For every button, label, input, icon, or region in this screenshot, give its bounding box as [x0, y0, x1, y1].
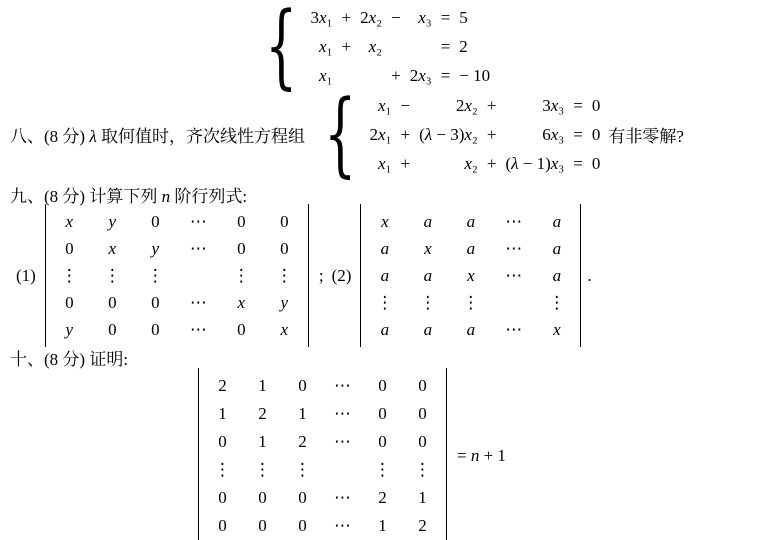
matrix-cell: 0 [65, 289, 74, 316]
matrix-cell: ⋮ [61, 262, 78, 289]
matrix-cell: x₃ [418, 3, 431, 32]
top-system-grid: 3x₁+2x₂−x₃=5x₁+x₂=2x₁+2x₃=− 10 [311, 3, 491, 90]
matrix-cell: (λ − 3)x₂ [419, 120, 478, 149]
matrix-cell: 0 [237, 235, 246, 262]
matrix-cell: − 10 [459, 61, 490, 90]
matrix-cell: 3x₁ [311, 3, 333, 32]
matrix-cell: 5 [459, 3, 468, 32]
matrix-cell: ⋮ [233, 262, 250, 289]
matrix-cell: 0 [592, 120, 601, 149]
item-1-label: (1) [16, 266, 36, 286]
matrix-cell: 0 [237, 208, 246, 235]
identity-result: = n + 1 [457, 446, 506, 466]
matrix-cell: x₂ [369, 32, 382, 61]
matrix-cell: 0 [65, 235, 74, 262]
matrix-cell: 0 [218, 428, 227, 456]
matrix-cell: x [467, 262, 475, 289]
matrix-cell: ⋯ [190, 235, 207, 262]
matrix-cell: a [381, 316, 390, 343]
matrix-cell: = [573, 149, 583, 178]
matrix-cell: = [573, 91, 583, 120]
matrix-cell: a [424, 316, 433, 343]
matrix-cell: ⋯ [334, 428, 351, 456]
separator-semicolon: ; [319, 266, 324, 286]
matrix-cell: 0 [418, 372, 427, 400]
matrix-cell: x₂ [464, 149, 477, 178]
matrix-cell: (λ − 1)x₃ [505, 149, 564, 178]
matrix-cell: 0 [258, 512, 267, 540]
matrix-cell: a [553, 208, 562, 235]
matrix-cell: 0 [298, 484, 307, 512]
matrix-cell: 0 [151, 208, 160, 235]
matrix-cell: + [391, 61, 401, 90]
matrix-cell: ⋮ [376, 289, 393, 316]
matrix-cell: 0 [378, 400, 387, 428]
problem-8-system-grid: x₁−2x₂+3x₃=02x₁+(λ − 3)x₂+6x₃=0x₁+x₂+(λ … [370, 91, 601, 178]
matrix-cell: x [381, 208, 389, 235]
left-brace: { [324, 88, 356, 180]
matrix-cell: 0 [280, 235, 289, 262]
determinant-1: xy0⋯000xy⋯00⋮⋮⋮⋮⋮000⋯xyy00⋯0x [45, 204, 309, 347]
matrix-cell: 2 [378, 484, 387, 512]
matrix-cell: 0 [592, 91, 601, 120]
matrix-cell: x [553, 316, 561, 343]
matrix-cell: 2 [258, 400, 267, 428]
matrix-cell: 1 [298, 400, 307, 428]
matrix-cell: 0 [218, 484, 227, 512]
matrix-cell: − [391, 3, 401, 32]
matrix-cell: ⋯ [334, 512, 351, 540]
matrix-cell: ⋯ [334, 372, 351, 400]
problem-8-system: { x₁−2x₂+3x₃=02x₁+(λ − 3)x₂+6x₃=0x₁+x₂+(… [311, 88, 600, 180]
linear-system-top: { 3x₁+2x₂−x₃=5x₁+x₂=2x₁+2x₃=− 10 [252, 0, 490, 92]
matrix-cell: a [553, 235, 562, 262]
matrix-cell: x [66, 208, 74, 235]
matrix-cell: 2 [298, 428, 307, 456]
matrix-cell: ⋮ [294, 456, 311, 484]
matrix-cell: a [381, 262, 390, 289]
matrix-cell: ⋯ [190, 208, 207, 235]
matrix-cell: = [441, 3, 451, 32]
matrix-cell: 3x₃ [542, 91, 564, 120]
matrix-cell: − [400, 91, 410, 120]
matrix-cell: ⋯ [190, 316, 207, 343]
matrix-cell: y [152, 235, 160, 262]
matrix-cell: ⋮ [462, 289, 479, 316]
matrix-cell: ⋮ [104, 262, 121, 289]
matrix-cell: 2x₂ [360, 3, 382, 32]
problem-10-label: 十、(8 分) 证明: [10, 345, 128, 370]
problem-9-determinants: (1) xy0⋯000xy⋯00⋮⋮⋮⋮⋮000⋯xyy00⋯0x ; (2) … [16, 204, 592, 347]
matrix-cell: 0 [418, 400, 427, 428]
problem-8: 八、(8 分) λ 取何值时，齐次线性方程组 { x₁−2x₂+3x₃=02x₁… [10, 88, 684, 180]
matrix-cell: a [424, 262, 433, 289]
matrix-cell: ⋯ [505, 235, 522, 262]
matrix-cell: ⋯ [505, 262, 522, 289]
matrix-cell: 0 [108, 316, 117, 343]
matrix-cell: + [487, 91, 497, 120]
matrix-cell: 0 [151, 289, 160, 316]
period: . [587, 266, 591, 286]
matrix-cell: 0 [218, 512, 227, 540]
matrix-cell: ⋮ [214, 456, 231, 484]
matrix-cell: ⋮ [374, 456, 391, 484]
problem-8-tail: 有非零解? [608, 122, 684, 147]
matrix-cell: 0 [418, 428, 427, 456]
matrix-cell: x [238, 289, 246, 316]
matrix-cell: a [381, 235, 390, 262]
matrix-cell: + [487, 149, 497, 178]
matrix-cell: y [109, 208, 117, 235]
determinant-3: 210⋯00121⋯00012⋯00⋮⋮⋮⋮⋮000⋯21000⋯12 [198, 368, 447, 540]
matrix-cell: ⋯ [334, 484, 351, 512]
item-2-label: (2) [332, 266, 352, 286]
document-page: { 3x₁+2x₂−x₃=5x₁+x₂=2x₁+2x₃=− 10 八、(8 分)… [0, 0, 783, 540]
problem-10-identity: 210⋯00121⋯00012⋯00⋮⋮⋮⋮⋮000⋯21000⋯12 = n … [198, 368, 506, 540]
matrix-cell: 0 [378, 428, 387, 456]
matrix-cell: x [281, 316, 289, 343]
matrix-cell: x₁ [378, 149, 391, 178]
matrix-cell: y [66, 316, 74, 343]
matrix-cell: ⋯ [505, 316, 522, 343]
matrix-cell: a [424, 208, 433, 235]
matrix-cell: 2 [418, 512, 427, 540]
matrix-cell: y [281, 289, 289, 316]
matrix-cell: x [109, 235, 117, 262]
matrix-cell: ⋯ [505, 208, 522, 235]
matrix-cell: 1 [258, 428, 267, 456]
matrix-cell: 0 [237, 316, 246, 343]
matrix-cell: = [441, 61, 451, 90]
matrix-cell: ⋮ [419, 289, 436, 316]
matrix-cell: + [342, 3, 352, 32]
matrix-cell: ⋮ [276, 262, 293, 289]
matrix-cell: 0 [108, 289, 117, 316]
matrix-cell: ⋮ [147, 262, 164, 289]
matrix-cell: ⋯ [334, 400, 351, 428]
matrix-cell: 0 [298, 372, 307, 400]
matrix-cell: ⋮ [414, 456, 431, 484]
matrix-cell: 0 [592, 149, 601, 178]
left-brace: { [265, 0, 297, 92]
matrix-cell: + [487, 120, 497, 149]
matrix-cell: a [467, 208, 476, 235]
matrix-cell: 0 [378, 372, 387, 400]
matrix-cell: + [342, 32, 352, 61]
matrix-cell: + [400, 149, 410, 178]
problem-8-label: 八、(8 分) λ 取何值时，齐次线性方程组 [10, 122, 305, 147]
matrix-cell: x₁ [378, 91, 391, 120]
matrix-cell: + [400, 120, 410, 149]
matrix-cell: = [441, 32, 451, 61]
matrix-cell: 0 [280, 208, 289, 235]
matrix-cell: 2x₃ [410, 61, 432, 90]
matrix-cell: = [573, 120, 583, 149]
matrix-cell: ⋮ [254, 456, 271, 484]
matrix-cell: 6x₃ [542, 120, 564, 149]
matrix-cell: ⋮ [548, 289, 565, 316]
matrix-cell: a [553, 262, 562, 289]
matrix-cell: 0 [298, 512, 307, 540]
matrix-cell: a [467, 235, 476, 262]
matrix-cell: 2x₂ [456, 91, 478, 120]
matrix-cell: ⋯ [190, 289, 207, 316]
determinant-2: xaa⋯aaxa⋯aaax⋯a⋮⋮⋮⋮aaa⋯x [360, 204, 581, 347]
matrix-cell: x [424, 235, 432, 262]
matrix-cell: 1 [378, 512, 387, 540]
matrix-cell: 1 [418, 484, 427, 512]
matrix-cell: 1 [258, 372, 267, 400]
matrix-cell: 2 [218, 372, 227, 400]
matrix-cell: 0 [258, 484, 267, 512]
matrix-cell: a [467, 316, 476, 343]
matrix-cell: 2 [459, 32, 468, 61]
matrix-cell: 0 [151, 316, 160, 343]
matrix-cell: x₁ [319, 32, 332, 61]
matrix-cell: 1 [218, 400, 227, 428]
matrix-cell: 2x₁ [370, 120, 392, 149]
